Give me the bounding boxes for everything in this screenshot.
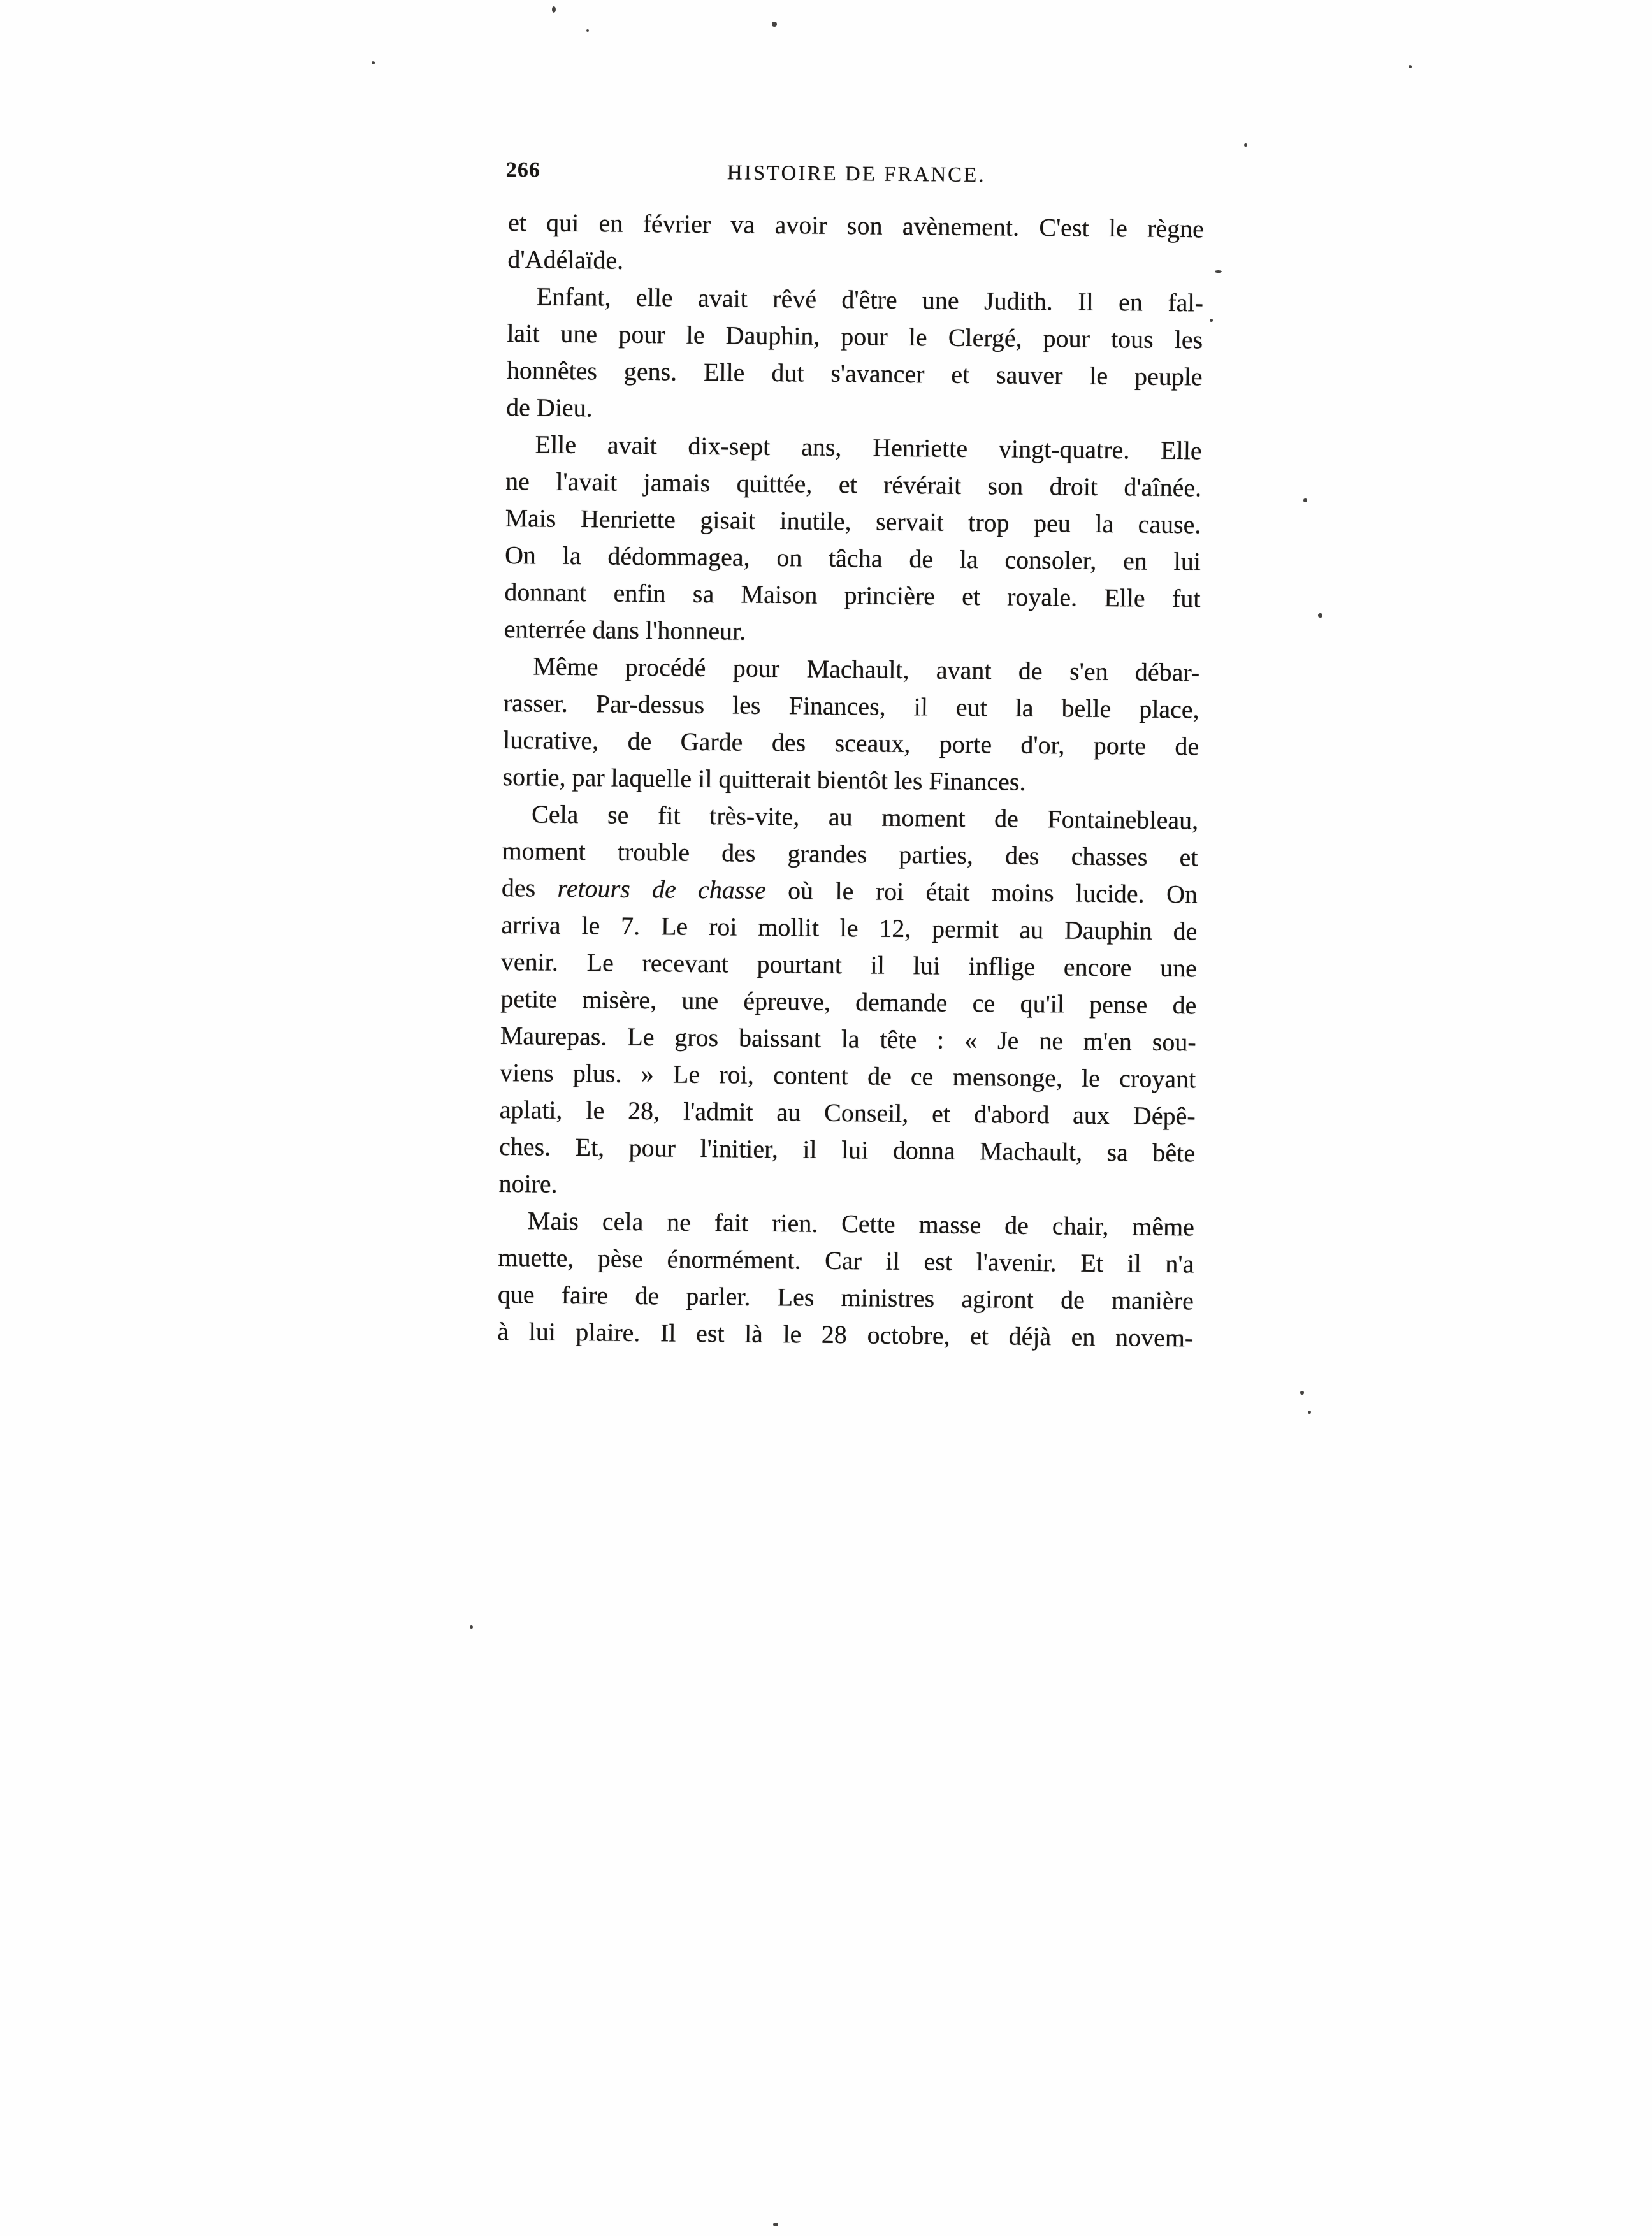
text-line: honnêtes gens. Elle dut s'avancer et sau… [507,352,1203,395]
text-line: Enfant, elle avait rêvé d'être une Judit… [507,278,1204,321]
text-line: moment trouble des grandes parties, des … [502,832,1198,876]
scan-speck [1215,270,1222,273]
scan-content: 266 HISTOIRE DE FRANCE. et qui en févrie… [497,157,1205,1356]
text-line: donnant enfin sa Maison princière et roy… [504,574,1201,617]
text-line: lait une pour le Dauphin, pour le Clergé… [507,315,1203,358]
text-line: ches. Et, pour l'initier, il lui donna M… [499,1128,1196,1172]
text-line: rasser. Par-dessus les Finances, il eut … [503,685,1199,728]
text-line: et qui en février va avoir son avènement… [508,204,1205,247]
text-line: petite misère, une épreuve, demande ce q… [500,980,1197,1024]
text-line: On la dédommagea, on tâcha de la console… [505,537,1201,580]
text-line: Mais cela ne fait rien. Cette masse de c… [498,1202,1195,1245]
text-line: de Dieu. [506,389,1203,432]
text-line: Maurepas. Le gros baissant la tête : « J… [500,1017,1196,1061]
text-line: sortie, par laquelle il quitterait bient… [502,759,1199,802]
running-title: HISTOIRE DE FRANCE. [727,161,986,187]
text-line: Elle avait dix-sept ans, Henriette vingt… [505,426,1202,469]
text-line: noire. [498,1165,1195,1209]
scan-speck [1318,613,1322,618]
scan-speck [1409,65,1412,68]
scan-speck [1244,143,1247,147]
text-line: ne l'avait jamais quittée, et révérait s… [505,463,1202,506]
text-line: Cela se fit très-vite, au moment de Font… [502,795,1199,839]
scan-speck [772,22,777,27]
body-text: et qui en février va avoir son avènement… [497,204,1204,1356]
scan-speck [552,6,556,13]
text-line: enterrée dans l'honneur. [504,611,1201,654]
text-line: muette, pèse énormément. Car il est l'av… [498,1239,1194,1282]
book-page: 266 HISTOIRE DE FRANCE. et qui en févrie… [0,0,1652,2236]
scan-speck [470,1625,473,1629]
text-line: lucrative, de Garde des sceaux, porte d'… [503,722,1199,765]
text-line: venir. Le recevant pourtant il lui infli… [501,943,1198,987]
scan-speck [1300,1391,1304,1395]
text-line: viens plus. » Le roi, content de ce mens… [500,1054,1196,1098]
scan-speck [1308,1411,1311,1414]
scan-speck [372,61,375,64]
scan-speck [1210,319,1213,322]
text-line: Même procédé pour Machault, avant de s'e… [504,648,1200,691]
text-line: d'Adélaïde. [507,241,1204,284]
scan-speck [586,29,589,32]
running-head: 266 HISTOIRE DE FRANCE. [508,157,1204,199]
page-number: 266 [506,158,540,183]
scan-speck [1303,498,1307,502]
text-line: aplati, le 28, l'admit au Conseil, et d'… [499,1091,1196,1135]
scan-speck [773,2223,778,2226]
text-line: arriva le 7. Le roi mollit le 12, permit… [501,906,1198,950]
text-line: à lui plaire. Il est là le 28 octobre, e… [497,1313,1194,1356]
text-line: Mais Henriette gisait inutile, servait t… [505,500,1201,543]
text-line: des retours de chasse où le roi était mo… [502,869,1198,913]
text-line: que faire de parler. Les ministres agiro… [498,1276,1194,1319]
